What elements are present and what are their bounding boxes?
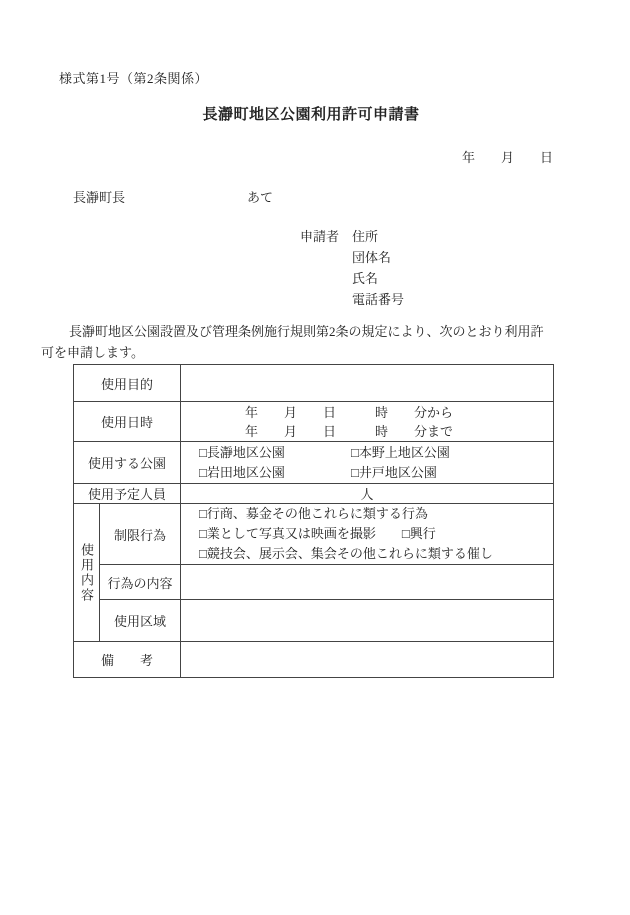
applicant-fields: 住所 団体名 氏名 電話番号 (352, 226, 404, 310)
row-people: 使用予定人員 人 (74, 484, 554, 504)
park-checkbox-ido: □井戸地区公園 (351, 463, 553, 483)
applicant-block: 申請者 住所 団体名 氏名 電話番号 (300, 226, 404, 310)
restricted-checkbox-peddling: □行商、募金その他これらに類する行為 (181, 504, 553, 524)
remarks-label: 備 考 (74, 642, 181, 678)
intro-line-2: 可を申請します。 (41, 342, 555, 363)
application-table: 使用目的 使用日時 年 月 日 時 分から 年 月 日 時 分まで 使用する公園… (73, 364, 554, 678)
usage-group-label: 使用内容 (74, 504, 100, 642)
row-datetime: 使用日時 年 月 日 時 分から 年 月 日 時 分まで (74, 402, 554, 442)
date-line: 年 月 日 (462, 147, 553, 166)
remarks-cell (181, 642, 554, 678)
parks-label: 使用する公園 (74, 442, 181, 484)
parks-options: □長瀞地区公園 □本野上地区公園 □岩田地区公園 □井戸地区公園 (181, 443, 553, 483)
datetime-from: 年 月 日 時 分から (181, 403, 553, 422)
applicant-field-organization: 団体名 (352, 247, 404, 268)
people-label: 使用予定人員 (74, 484, 181, 504)
park-checkbox-nagatoro: □長瀞地区公園 (199, 443, 351, 463)
use-area-label: 使用区域 (100, 600, 181, 642)
act-detail-cell (181, 565, 554, 600)
park-checkbox-honnogami: □本野上地区公園 (351, 443, 553, 463)
row-remarks: 備 考 (74, 642, 554, 678)
purpose-value-cell (181, 365, 554, 402)
park-checkbox-iwata: □岩田地区公園 (199, 463, 351, 483)
addressee-suffix: あて (247, 187, 273, 206)
row-restricted-acts: 使用内容 制限行為 □行商、募金その他これらに類する行為 □業として写真又は映画… (74, 504, 554, 565)
datetime-value-cell: 年 月 日 時 分から 年 月 日 時 分まで (181, 402, 554, 442)
form-number: 様式第1号（第2条関係） (59, 68, 208, 87)
restricted-acts-options: □行商、募金その他これらに類する行為 □業として写真又は映画を撮影 □興行 □競… (181, 504, 553, 564)
restricted-acts-label: 制限行為 (100, 504, 181, 565)
applicant-field-name: 氏名 (352, 268, 404, 289)
people-unit: 人 (181, 484, 554, 504)
applicant-label: 申請者 (300, 226, 339, 310)
row-purpose: 使用目的 (74, 365, 554, 402)
datetime-to: 年 月 日 時 分まで (181, 422, 553, 441)
intro-paragraph: 長瀞町地区公園設置及び管理条例施行規則第2条の規定により、次のとおり利用許 可を… (41, 321, 555, 363)
row-use-area: 使用区域 (74, 600, 554, 642)
addressee-name: 長瀞町長 (73, 187, 125, 206)
applicant-field-phone: 電話番号 (352, 289, 404, 310)
parks-options-cell: □長瀞地区公園 □本野上地区公園 □岩田地区公園 □井戸地区公園 (181, 442, 554, 484)
document-page: 様式第1号（第2条関係） 長瀞町地区公園利用許可申請書 年 月 日 長瀞町長 あ… (0, 0, 630, 915)
use-area-cell (181, 600, 554, 642)
restricted-checkbox-photography-show: □業として写真又は映画を撮影 □興行 (181, 524, 553, 544)
row-act-detail: 行為の内容 (74, 565, 554, 600)
applicant-field-address: 住所 (352, 226, 404, 247)
restricted-acts-cell: □行商、募金その他これらに類する行為 □業として写真又は映画を撮影 □興行 □競… (181, 504, 554, 565)
purpose-label: 使用目的 (74, 365, 181, 402)
restricted-checkbox-events: □競技会、展示会、集会その他これらに類する催し (181, 544, 553, 564)
row-parks: 使用する公園 □長瀞地区公園 □本野上地区公園 □岩田地区公園 □井戸地区公園 (74, 442, 554, 484)
datetime-label: 使用日時 (74, 402, 181, 442)
page-title: 長瀞町地区公園利用許可申請書 (0, 103, 622, 124)
intro-line-1: 長瀞町地区公園設置及び管理条例施行規則第2条の規定により、次のとおり利用許 (41, 321, 555, 342)
act-detail-label: 行為の内容 (100, 565, 181, 600)
